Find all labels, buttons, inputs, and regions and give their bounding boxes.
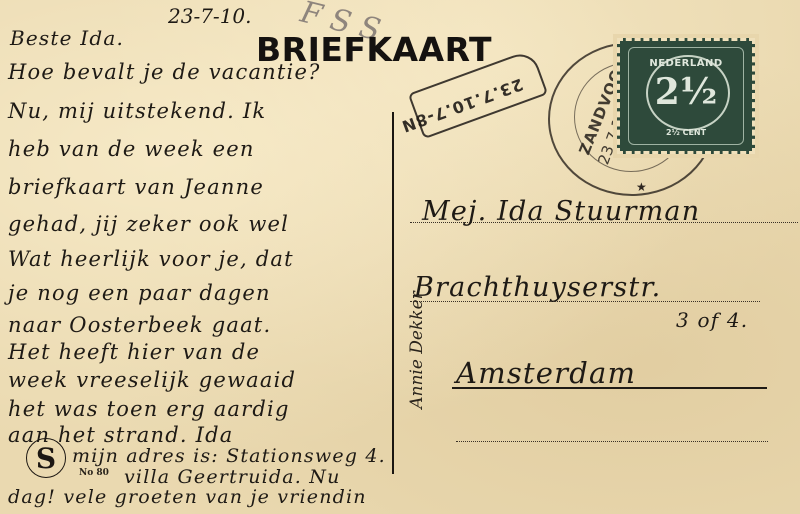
address-line-4 — [456, 441, 768, 442]
message-line: week vreeselijk gewaaid — [8, 368, 296, 392]
message-line: dag! vele groeten van je vriendin — [8, 486, 367, 508]
card-divider — [392, 112, 394, 474]
stamp-country: NEDERLAND — [620, 58, 752, 69]
address-number: 3 of 4. — [676, 308, 748, 332]
message-line: gehad, jij zeker ook wel — [8, 212, 289, 236]
star-icon: ★ — [636, 180, 647, 194]
message-line: Het heeft hier van de — [8, 340, 260, 364]
publisher-number: No 80 — [79, 468, 109, 478]
message-line: mijn adres is: Stationsweg 4. — [72, 445, 386, 467]
address-city: Amsterdam — [456, 356, 636, 390]
address-line-2 — [410, 301, 760, 302]
address-line-1 — [410, 222, 798, 223]
message-line: Nu, mij uitstekend. Ik — [8, 99, 266, 123]
stamp-cents: 2½ CENT — [620, 128, 752, 137]
postage-stamp: NEDERLAND 2½ 2½ CENT — [617, 38, 755, 154]
message-line: briefkaart van Jeanne — [8, 175, 264, 199]
message-line: Wat heerlijk voor je, dat — [8, 247, 294, 271]
message-line: villa Geertruida. Nu — [124, 466, 341, 488]
stamp-value: 2½ — [620, 71, 752, 113]
message-date: 23-7-10. — [168, 4, 252, 28]
postcard: F S S 23-7-10. BRIEFKAART Beste Ida. Hoe… — [0, 0, 800, 514]
publisher-logo: S — [26, 438, 66, 478]
message-line: Hoe bevalt je de vacantie? — [8, 60, 321, 84]
message-line: Beste Ida. — [10, 26, 124, 50]
vertical-signature: Annie Dekker — [407, 291, 427, 409]
message-line: naar Oosterbeek gaat. — [8, 313, 271, 337]
city-underline — [452, 387, 767, 389]
message-line: je nog een paar dagen — [8, 281, 271, 305]
message-line: het was toen erg aardig — [8, 397, 290, 421]
address-street: Brachthuyserstr. — [414, 272, 661, 303]
message-line: heb van de week een — [8, 137, 255, 161]
